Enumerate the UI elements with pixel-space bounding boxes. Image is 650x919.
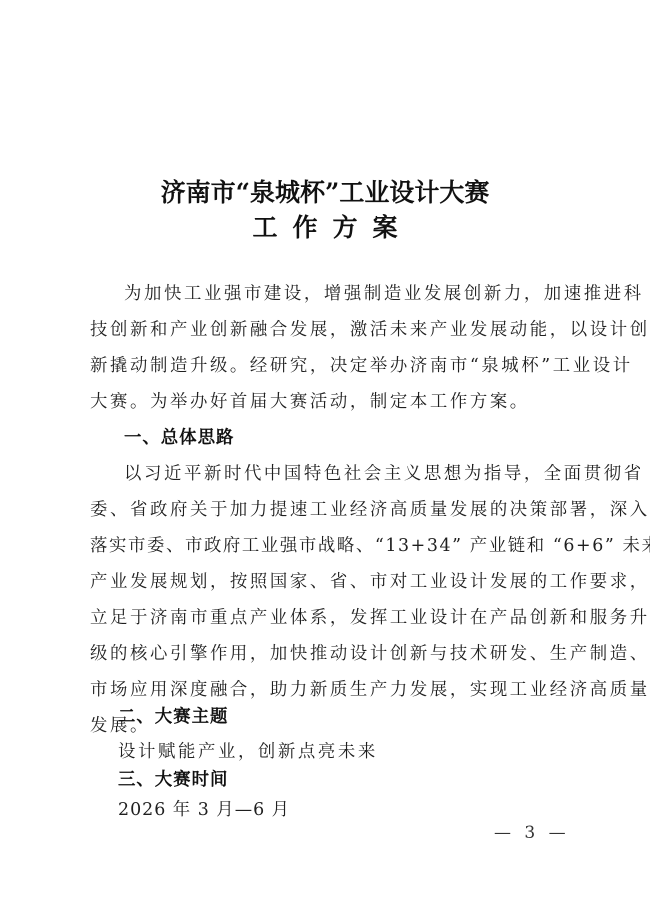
intro-paragraph-line: 技创新和产业创新融合发展，激活未来产业发展动能，以设计创: [90, 315, 568, 340]
section-heading-theme: 二、大赛主题: [118, 702, 228, 727]
document-title: 济南市“泉城杯”工业设计大赛: [0, 173, 650, 209]
section-heading-overall-approach: 一、总体思路: [124, 423, 234, 448]
section-heading-time: 三、大赛时间: [118, 765, 228, 790]
theme-text: 设计赋能产业，创新点亮未来: [118, 737, 596, 762]
intro-paragraph-line: 为加快工业强市建设，增强制造业发展创新力，加速推进科: [124, 279, 568, 304]
intro-paragraph-line: 新撬动制造升级。经研究，决定举办济南市“泉城杯”工业设计: [90, 351, 568, 376]
document-page: 济南市“泉城杯”工业设计大赛 工作方案 为加快工业强市建设，增强制造业发展创新力…: [0, 0, 650, 919]
section-paragraph-line: 市场应用深度融合，助力新质生产力发展，实现工业经济高质量: [90, 675, 568, 700]
page-number: — 3 —: [494, 823, 570, 843]
section-paragraph-line: 委、省政府关于加力提速工业经济高质量发展的决策部署，深入: [90, 495, 568, 520]
section-paragraph-line: 落实市委、市政府工业强市战略、“13+34” 产业链和 “6+6” 未来: [90, 531, 568, 556]
time-text: 2026 年 3 月—6 月: [118, 795, 596, 820]
section-paragraph-line: 以习近平新时代中国特色社会主义思想为指导，全面贯彻省: [124, 459, 568, 484]
document-subtitle: 工作方案: [0, 208, 650, 244]
intro-paragraph-line: 大赛。为举办好首届大赛活动，制定本工作方案。: [90, 387, 568, 412]
section-paragraph-line: 立足于济南市重点产业体系，发挥工业设计在产品创新和服务升: [90, 603, 568, 628]
section-paragraph-line: 级的核心引擎作用，加快推动设计创新与技术研发、生产制造、: [90, 639, 568, 664]
section-paragraph-line: 产业发展规划，按照国家、省、市对工业设计发展的工作要求，: [90, 567, 568, 592]
